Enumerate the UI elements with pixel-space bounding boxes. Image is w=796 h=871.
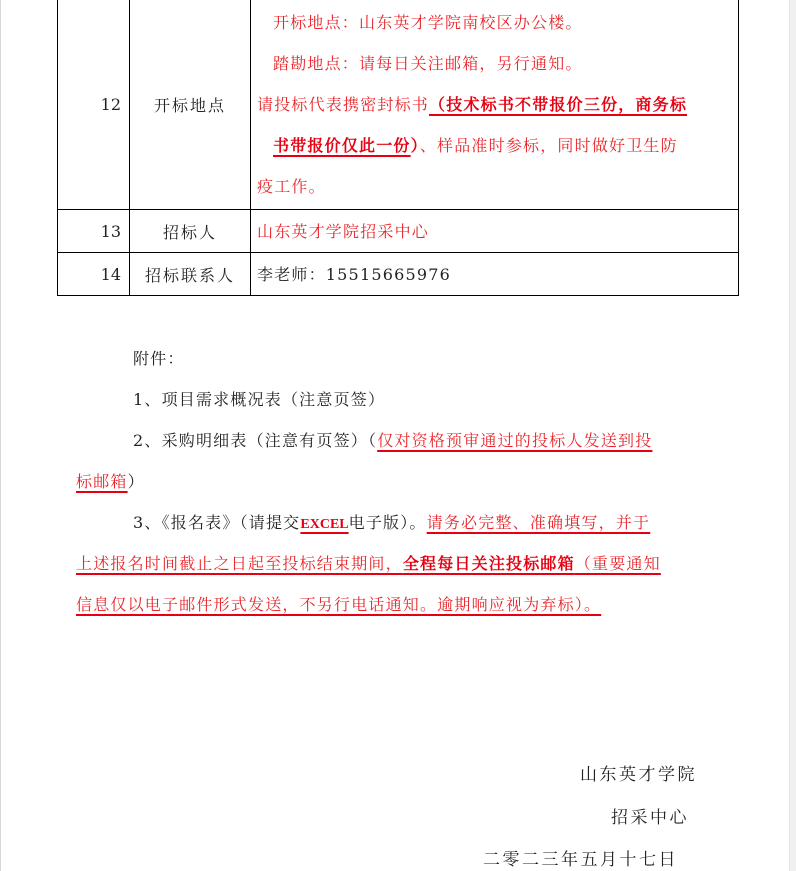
sealed-bid-bold: （技术标书不带报价三份，商务标: [429, 95, 687, 114]
sealed-bid-paren: ）: [411, 136, 420, 155]
sealed-bid-text-line3: 疫工作。: [257, 166, 732, 207]
attachment-item-3-cont2: 信息仅以电子邮件形式发送，不另行电话通知。逾期响应视为弃标）。: [76, 584, 716, 625]
scrollbar-track[interactable]: [789, 0, 796, 871]
sealed-bid-bold-cont: 书带报价仅此一份: [273, 136, 411, 155]
excel-label: EXCEL: [300, 517, 348, 532]
bid-info-table: 12 开标地点 开标地点：山东英才学院南校区办公楼。 踏勘地点：请每日关注邮箱，…: [57, 0, 739, 296]
attachment-item-2-close: ）: [128, 472, 145, 491]
attachment-item-3-note-b: 上述报名时间截止之日起至投标结束期间，: [76, 554, 403, 573]
attachment-item-3-text: 3、《报名表》（请提交: [133, 513, 300, 532]
attachment-item-3-note: 请务必完整、准确填写，并于: [427, 513, 651, 532]
sealed-bid-text-line2: 书带报价仅此一份）、样品准时参标，同时做好卫生防: [257, 125, 732, 166]
signature-org: 山东英才学院: [580, 760, 697, 785]
attachment-item-2-note-cont: 标邮箱: [76, 472, 128, 491]
attachment-item-2-note: 仅对资格预审通过的投标人发送到投: [377, 431, 652, 450]
attachment-item-3-note-c: （重要通知: [575, 554, 661, 573]
sealed-bid-plain: 请投标代表携密封标书: [257, 95, 429, 114]
attachment-item-2-text: 2、采购明细表（注意有页签）（: [133, 431, 377, 450]
site-visit-text: 踏勘地点：请每日关注邮箱，另行通知。: [257, 43, 732, 84]
attachments-heading: 附件：: [76, 338, 716, 379]
attachment-item-1: 1、项目需求概况表（注意页签）: [76, 379, 716, 420]
row-number: 14: [58, 253, 130, 296]
sealed-bid-plain-cont: 、样品准时参标，同时做好卫生防: [420, 136, 678, 155]
row-content-opening-location: 开标地点：山东英才学院南校区办公楼。 踏勘地点：请每日关注邮箱，另行通知。 请投…: [251, 0, 739, 210]
row-number: 13: [58, 210, 130, 253]
attachment-item-3-cont: 上述报名时间截止之日起至投标结束期间，全程每日关注投标邮箱（重要通知: [76, 543, 716, 584]
row-content-contact: 李老师：15515665976: [251, 253, 739, 296]
attachment-item-3-note-d: 信息仅以电子邮件形式发送，不另行电话通知。逾期响应视为弃标）。: [76, 595, 601, 614]
table-row: 14 招标联系人 李老师：15515665976: [58, 253, 739, 296]
attachment-item-2-cont: 标邮箱）: [76, 461, 716, 502]
attachment-item-3: 3、《报名表》（请提交EXCEL电子版）。请务必完整、准确填写，并于: [76, 502, 716, 543]
table-row: 12 开标地点 开标地点：山东英才学院南校区办公楼。 踏勘地点：请每日关注邮箱，…: [58, 0, 739, 210]
attachment-item-3-text-b: 电子版）。: [349, 513, 427, 532]
attachments-section: 附件： 1、项目需求概况表（注意页签） 2、采购明细表（注意有页签）（仅对资格预…: [76, 338, 716, 625]
page-left-edge: [0, 0, 1, 871]
row-label: 招标联系人: [130, 253, 251, 296]
opening-location-text: 开标地点：山东英才学院南校区办公楼。: [257, 2, 732, 43]
row-content-tenderer: 山东英才学院招采中心: [251, 210, 739, 253]
row-label: 开标地点: [130, 0, 251, 210]
row-number: 12: [58, 0, 130, 210]
sealed-bid-text-line1: 请投标代表携密封标书（技术标书不带报价三份，商务标: [257, 84, 732, 125]
signature-date: 二零二三年五月十七日: [483, 845, 678, 870]
signature-dept: 招采中心: [611, 803, 689, 828]
attachment-item-2: 2、采购明细表（注意有页签）（仅对资格预审通过的投标人发送到投: [76, 420, 716, 461]
row-label: 招标人: [130, 210, 251, 253]
attachment-item-3-note-bold: 全程每日关注投标邮箱: [403, 554, 575, 573]
table-row: 13 招标人 山东英才学院招采中心: [58, 210, 739, 253]
